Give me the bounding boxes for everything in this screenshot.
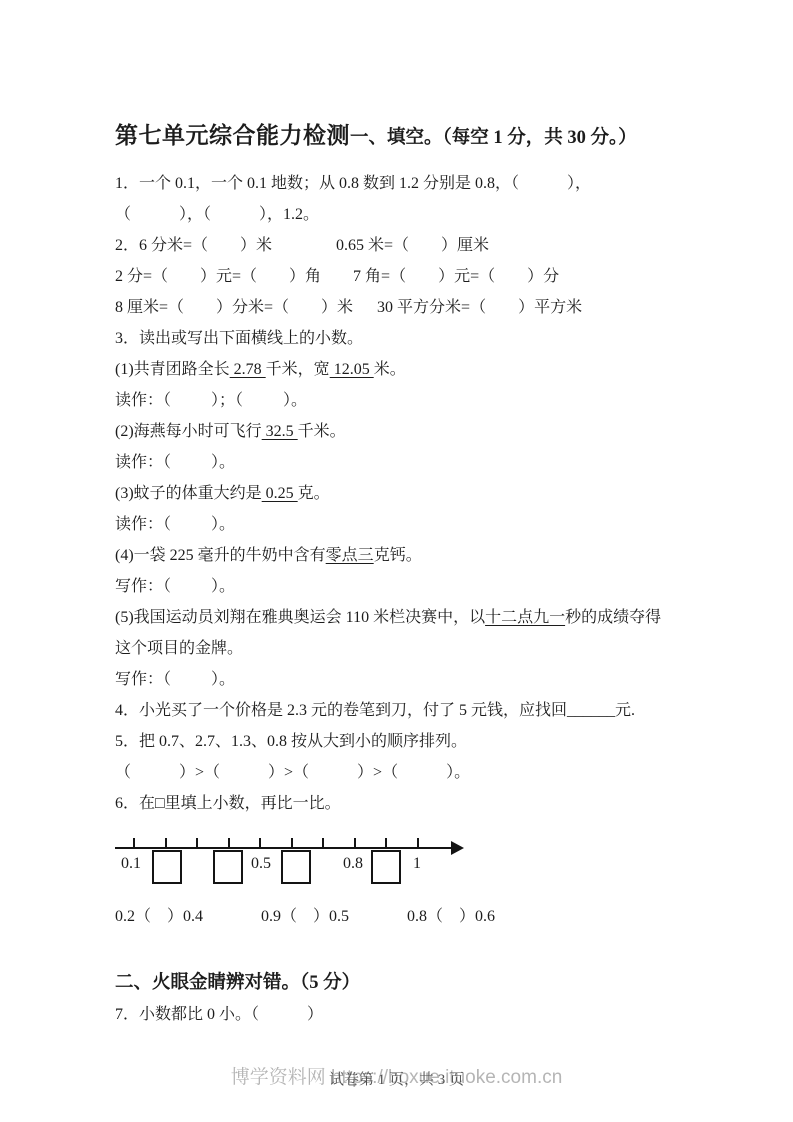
q3-p1-text-mid: 千米，宽 [266, 361, 330, 378]
question-3-part-5: (5)我国运动员刘翔在雅典奥运会 110 米栏决赛中，以十二点九一秒的成绩夺得 [115, 602, 711, 633]
number-line-label: 0.1 [121, 855, 141, 873]
q3-p5-underlined-value: 十二点九一 [485, 609, 565, 626]
question-3-part-4-write-blank: 写作：（ ）。 [115, 571, 711, 602]
page-number-text: 试卷第 1 页，共 3 页 [329, 1068, 464, 1089]
number-line-tick [417, 838, 419, 848]
q3-p3-text-end: 克。 [298, 485, 330, 502]
number-line-tick [291, 838, 293, 848]
number-line-tick [385, 838, 387, 848]
unit-title: 第七单元综合能力检测 [115, 123, 350, 148]
question-4: 4．小光买了一个价格是 2.3 元的卷笔到刀，付了 5 元钱，应找回______… [115, 695, 711, 726]
comparison-pair: 0.8（ ）0.6 [407, 901, 495, 932]
number-line-tick [322, 838, 324, 848]
number-line-label: 1 [413, 855, 421, 873]
question-3-part-4: (4)一袋 225 毫升的牛奶中含有零点三克钙。 [115, 540, 711, 571]
number-line-tick [259, 838, 261, 848]
fill-in-box [213, 850, 243, 884]
q3-p5-text: (5)我国运动员刘翔在雅典奥运会 110 米栏决赛中，以 [115, 609, 485, 626]
question-1-line-2: （ ），（ ），1.2。 [115, 199, 711, 230]
question-7: 7．小数都比 0 小。（ ） [115, 999, 711, 1030]
question-2-line-3: 8 厘米=（ ）分米=（ ）米 30 平方分米=（ ）平方米 [115, 292, 711, 323]
q3-p3-text: (3)蚊子的体重大约是 [115, 485, 262, 502]
question-1-line-1: 1．一个 0.1，一个 0.1 地数；从 0.8 数到 1.2 分别是 0.8，… [115, 168, 711, 199]
number-line-tick [354, 838, 356, 848]
worksheet-content: 第七单元综合能力检测一、填空。（每空 1 分，共 30 分。） 1．一个 0.1… [115, 118, 711, 1030]
q3-p4-text-end: 克钙。 [374, 547, 422, 564]
number-line-tick [165, 838, 167, 848]
question-3-part-2-read-blank: 读作：（ ）。 [115, 447, 711, 478]
fill-in-box [371, 850, 401, 884]
number-line-tick [133, 838, 135, 848]
number-line-arrow-icon [451, 841, 464, 855]
q3-p1-underlined-value-2: 12.05 [330, 361, 374, 378]
comparison-pair: 0.9（ ）0.5 [261, 901, 349, 932]
number-line-label: 0.8 [343, 855, 363, 873]
question-3-stem: 3．读出或写出下面横线上的小数。 [115, 323, 711, 354]
q3-p1-text: (1)共青团路全长 [115, 361, 230, 378]
worksheet-page: 第七单元综合能力检测一、填空。（每空 1 分，共 30 分。） 1．一个 0.1… [0, 0, 793, 1122]
question-2-line-2: 2 分=（ ）元=（ ）角 7 角=（ ）元=（ ）分 [115, 261, 711, 292]
fill-in-box [281, 850, 311, 884]
section-2-heading: 二、火眼金睛辨对错。（5 分） [115, 968, 711, 999]
question-3-part-1: (1)共青团路全长 2.78 千米，宽 12.05 米。 [115, 354, 711, 385]
fill-in-box [152, 850, 182, 884]
q3-p5-text-end: 秒的成绩夺得 [565, 609, 661, 626]
question-5-stem: 5．把 0.7、2.7、1.3、0.8 按从大到小的顺序排列。 [115, 726, 711, 757]
q3-p2-text: (2)海燕每小时可飞行 [115, 423, 262, 440]
number-line-label: 0.5 [251, 855, 271, 873]
page-footer: 博学资料网 https://boxue.ituoke.com.cn 试卷第 1 … [0, 1060, 793, 1096]
comparison-row: 0.2（ ）0.4 0.9（ ）0.5 0.8（ ）0.6 [115, 901, 711, 932]
q3-p3-underlined-value: 0.25 [262, 485, 298, 502]
number-line-tick [228, 838, 230, 848]
question-3-part-3: (3)蚊子的体重大约是 0.25 克。 [115, 478, 711, 509]
q3-p4-underlined-value: 零点三 [326, 547, 374, 564]
question-2-line-1: 2．6 分米=（ ）米 0.65 米=（ ）厘米 [115, 230, 711, 261]
question-3-part-5-write-blank: 写作：（ ）。 [115, 664, 711, 695]
question-6-stem: 6．在□里填上小数，再比一比。 [115, 788, 711, 819]
question-3-part-2: (2)海燕每小时可飞行 32.5 千米。 [115, 416, 711, 447]
question-5-blanks: （ ）>（ ）>（ ）>（ ）。 [115, 757, 711, 788]
q3-p2-text-end: 千米。 [298, 423, 346, 440]
question-3-part-1-read-blank: 读作：（ ）；（ ）。 [115, 385, 711, 416]
number-line-tick [196, 838, 198, 848]
section-1-heading: 一、填空。（每空 1 分，共 30 分。） [350, 128, 637, 148]
comparison-pair: 0.2（ ）0.4 [115, 901, 203, 932]
page-title-line: 第七单元综合能力检测一、填空。（每空 1 分，共 30 分。） [115, 118, 711, 157]
number-line-figure: 0.1 0.5 0.8 1 [115, 833, 495, 893]
q3-p4-text: (4)一袋 225 毫升的牛奶中含有 [115, 547, 326, 564]
q3-p1-underlined-value-1: 2.78 [230, 361, 266, 378]
question-3-part-5-continued: 这个项目的金牌。 [115, 633, 711, 664]
q3-p2-underlined-value: 32.5 [262, 423, 298, 440]
q3-p1-text-end: 米。 [374, 361, 406, 378]
question-3-part-3-read-blank: 读作：（ ）。 [115, 509, 711, 540]
